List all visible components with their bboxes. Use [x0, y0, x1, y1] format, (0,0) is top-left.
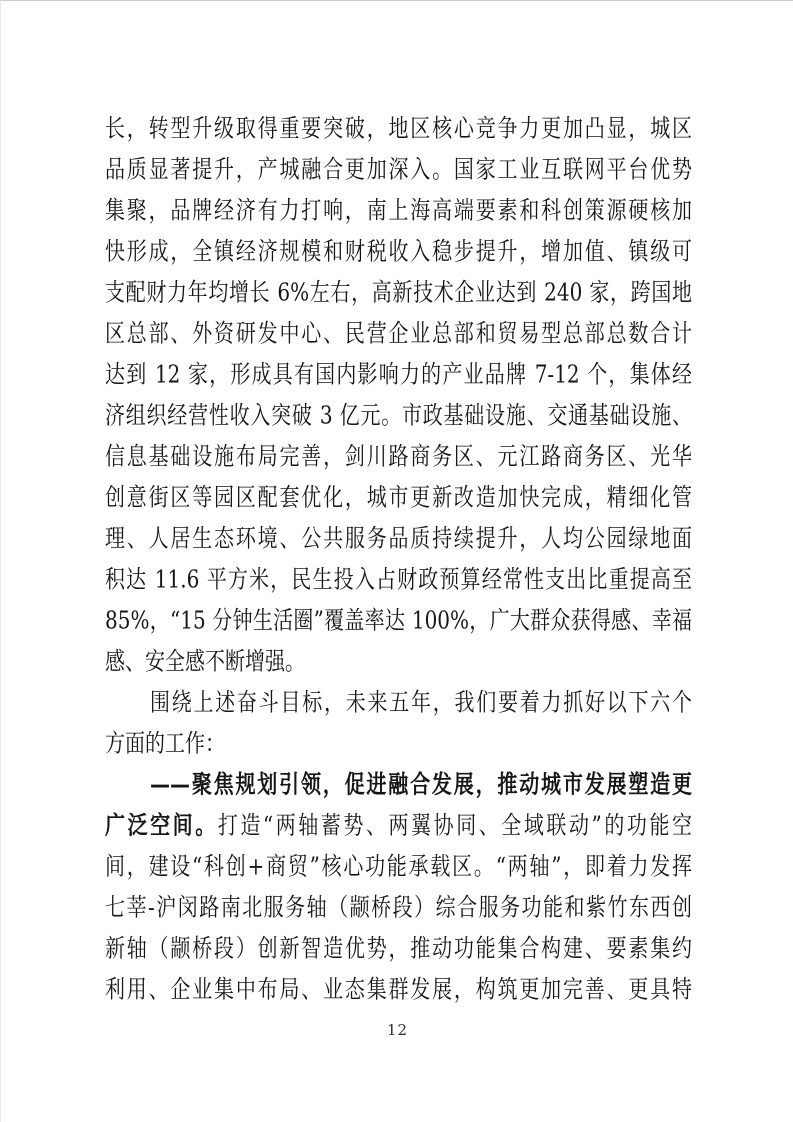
text-segment: 创意街区等园区配套优化，城市更新改造加快完成，精细化管: [105, 482, 692, 511]
page-number: 12: [1, 1021, 793, 1039]
text-line: 利用、企业集中布局、业态集群发展，构筑更加完善、更具特: [105, 964, 692, 1014]
text-segment: 方面的工作：: [105, 728, 225, 757]
text-segment: 达到 12 家，形成具有国内影响力的产业品牌 7-12 个，集体经: [105, 359, 692, 388]
text-segment: 围绕上述奋斗目标，未来五年，我们要着力抓好以下六个: [150, 687, 692, 716]
document-page: 长，转型升级取得重要突破，地区核心竞争力更加凸显，城区品质显著提升，产城融合更加…: [0, 0, 793, 1122]
text-segment: 利用、企业集中布局、业态集群发展，构筑更加完善、更具特: [105, 974, 692, 1003]
text-segment: 新轴（颛桥段）创新智造优势，推动功能集合构建、要素集约: [105, 933, 692, 962]
text-segment: 快形成，全镇经济规模和财税收入稳步提升，增加值、镇级可: [105, 236, 692, 265]
text-segment: 间，建设“科创+商贸”核心功能承载区。“两轴”，即着力发挥: [105, 851, 692, 880]
text-segment: 感、安全感不断增强。: [105, 646, 305, 675]
text-segment: 支配财力年均增长 6%左右，高新技术企业达到 240 家，跨国地: [105, 277, 692, 306]
text-segment: 品质显著提升，产城融合更加深入。国家工业互联网平台优势: [105, 154, 692, 183]
text-segment: 打造“两轴蓄势、两翼协同、全域联动”的功能空: [218, 810, 692, 839]
text-segment: 济组织经营性收入突破 3 亿元。市政基础设施、交通基础设施、: [105, 400, 692, 429]
text-segment: 积达 11.6 平方米，民生投入占财政预算经常性支出比重提高至: [105, 564, 692, 593]
bold-text-segment: 广泛空间。: [105, 810, 218, 839]
text-segment: 理、人居生态环境、公共服务品质持续提升，人均公园绿地面: [105, 523, 692, 552]
text-segment: 区总部、外资研发中心、民营企业总部和贸易型总部总数合计: [105, 318, 692, 347]
text-segment: 七莘-沪闵路南北服务轴（颛桥段）综合服务功能和紫竹东西创: [105, 892, 692, 921]
text-segment: 信息基础设施布局完善，剑川路商务区、元江路商务区、光华: [105, 441, 692, 470]
text-segment: 长，转型升级取得重要突破，地区核心竞争力更加凸显，城区: [105, 113, 692, 142]
bold-text-segment: ——聚焦规划引领，促进融合发展，推动城市发展塑造更: [150, 769, 692, 798]
text-segment: 集聚，品牌经济有力打响，南上海高端要素和科创策源硬核加: [105, 195, 692, 224]
text-segment: 85%，“15 分钟生活圈”覆盖率达 100%，广大群众获得感、幸福: [105, 605, 692, 634]
text-body: 长，转型升级取得重要突破，地区核心竞争力更加凸显，城区品质显著提升，产城融合更加…: [105, 108, 692, 1010]
